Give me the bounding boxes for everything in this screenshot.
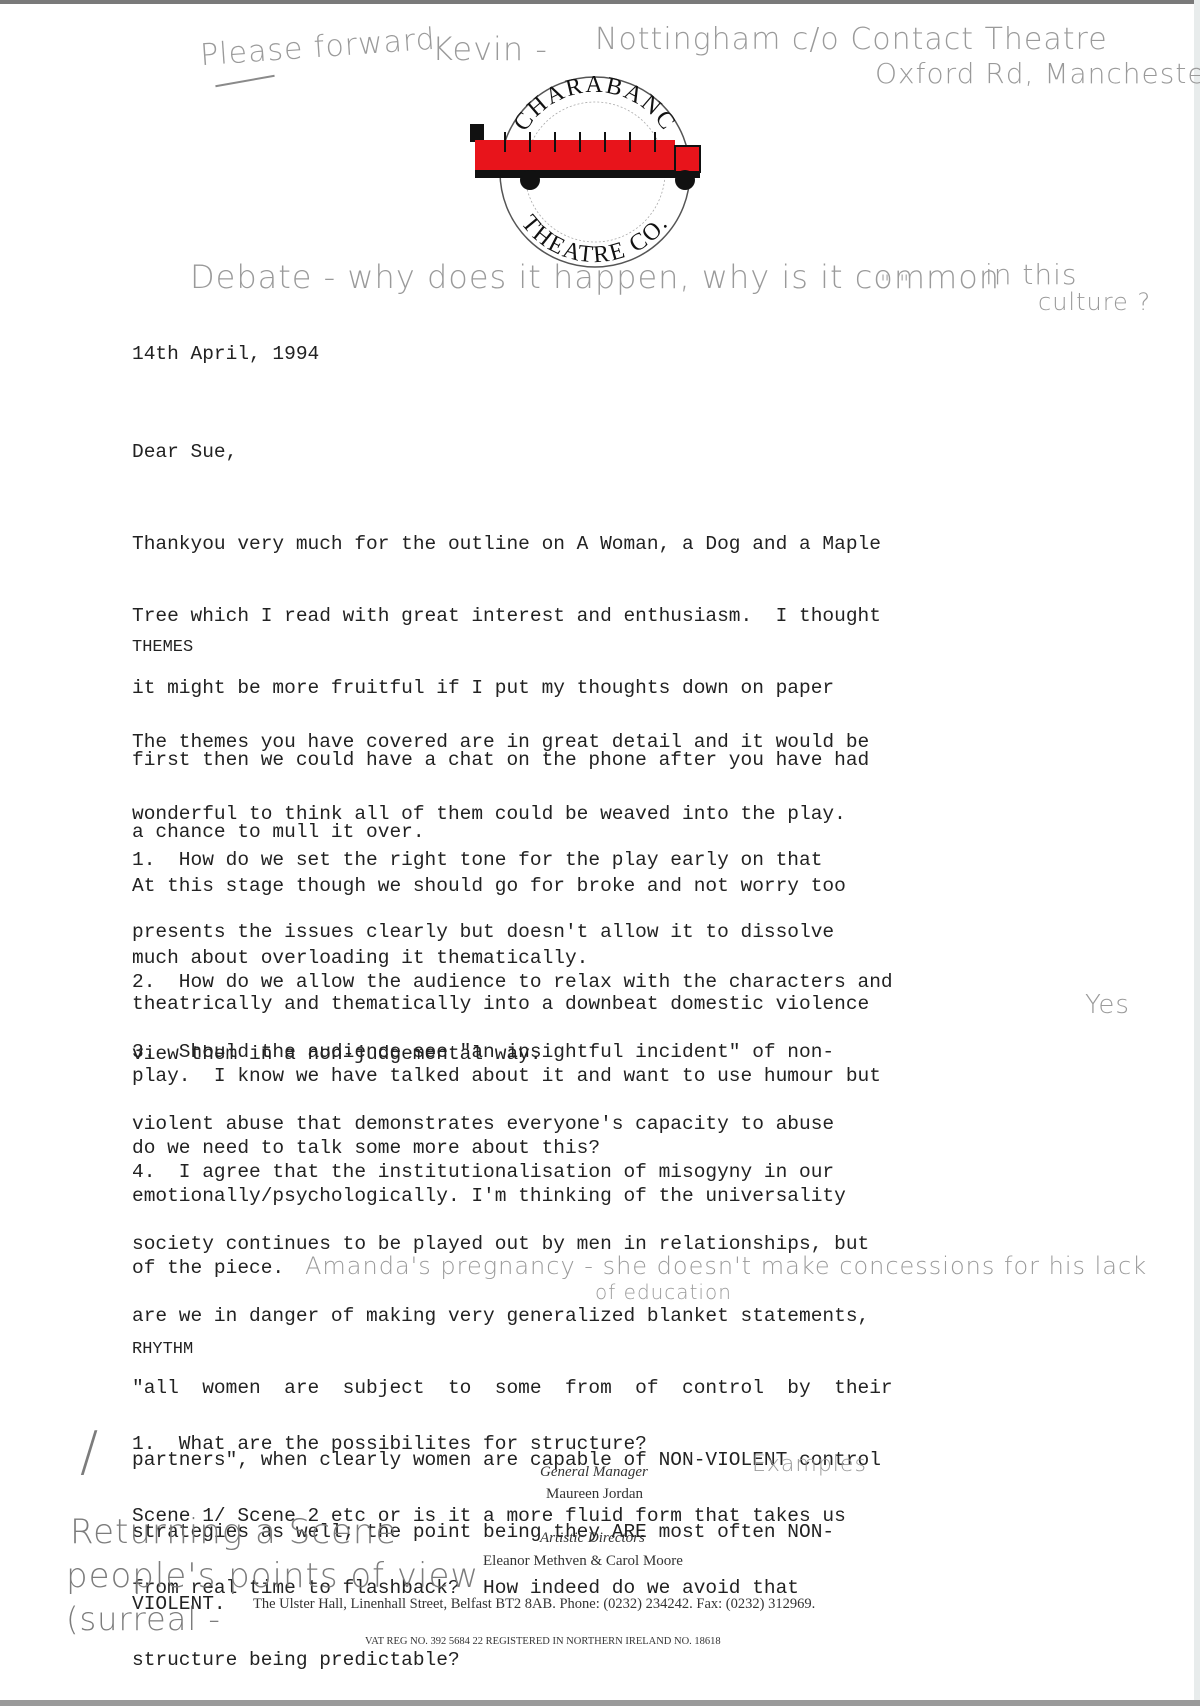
line: 1. What are the possibilites for structu… bbox=[132, 1432, 846, 1456]
footer-gm-name: Maureen Jordan bbox=[546, 1486, 643, 1503]
charabanc-logo: CHARABANC THEATRE CO. bbox=[460, 72, 730, 272]
handwritten-debate-end-2: culture ? bbox=[1038, 288, 1151, 316]
handwritten-debate-ticks: " " bbox=[880, 272, 910, 297]
handwritten-bottom-left-1: Returning a Scene bbox=[70, 1512, 397, 1552]
line: 2. How do we allow the audience to relax… bbox=[132, 970, 893, 994]
line: are we in danger of making very generali… bbox=[132, 1304, 893, 1328]
footer-gm-title: General Manager bbox=[540, 1464, 648, 1481]
letter-date: 14th April, 1994 bbox=[132, 342, 319, 366]
heading-themes: THEMES bbox=[132, 636, 193, 660]
line: Thankyou very much for the outline on A … bbox=[132, 532, 881, 556]
line: Tree which I read with great interest an… bbox=[132, 604, 881, 628]
handwritten-address-line-1: Nottingham c/o Contact Theatre bbox=[595, 22, 1108, 57]
line: 4. I agree that the institutionalisation… bbox=[132, 1160, 893, 1184]
handwritten-examples: Examples bbox=[752, 1452, 867, 1477]
scan-top-edge bbox=[0, 0, 1200, 4]
handwritten-debate: Debate - why does it happen, why is it c… bbox=[190, 258, 1000, 296]
handwritten-bottom-left-3: (surreal - bbox=[66, 1600, 221, 1638]
scan-bottom-edge bbox=[0, 1700, 1200, 1706]
footer-address: The Ulster Hall, Linenhall Street, Belfa… bbox=[253, 1596, 815, 1613]
logo-top-text: CHARABANC bbox=[509, 72, 682, 136]
scan-right-edge bbox=[1194, 0, 1200, 1706]
handwritten-please-forward: Please forward bbox=[199, 22, 437, 73]
footer-ad-title: Artistic Directors bbox=[540, 1530, 645, 1547]
heading-rhythm: RHYTHM bbox=[132, 1338, 193, 1362]
line: 1. How do we set the right tone for the … bbox=[132, 848, 881, 872]
handwritten-bracket: / bbox=[80, 1420, 99, 1483]
charabanc-bus-icon bbox=[470, 124, 700, 190]
handwritten-underline bbox=[215, 75, 274, 87]
footer-ad-names: Eleanor Methven & Carol Moore bbox=[483, 1553, 683, 1570]
footer-registration: VAT REG NO. 392 5684 22 REGISTERED IN NO… bbox=[365, 1636, 721, 1647]
handwritten-yes: Yes bbox=[1085, 990, 1130, 1020]
line: 3. Should the audience see "an insightfu… bbox=[132, 1040, 846, 1064]
handwritten-kevin: Kevin - bbox=[432, 30, 548, 68]
letter-salutation: Dear Sue, bbox=[132, 440, 237, 464]
line: The themes you have covered are in great… bbox=[132, 730, 869, 754]
handwritten-bottom-left-2: people's points of view bbox=[66, 1556, 479, 1596]
handwritten-amanda-line-1: Amanda's pregnancy - she doesn't make co… bbox=[305, 1252, 1147, 1280]
handwritten-amanda-line-2: of education bbox=[595, 1280, 732, 1304]
line: structure being predictable? bbox=[132, 1648, 846, 1672]
handwritten-address-line-2: Oxford Rd, Manchester bbox=[875, 57, 1200, 90]
handwritten-debate-end-1: in this bbox=[985, 258, 1078, 291]
